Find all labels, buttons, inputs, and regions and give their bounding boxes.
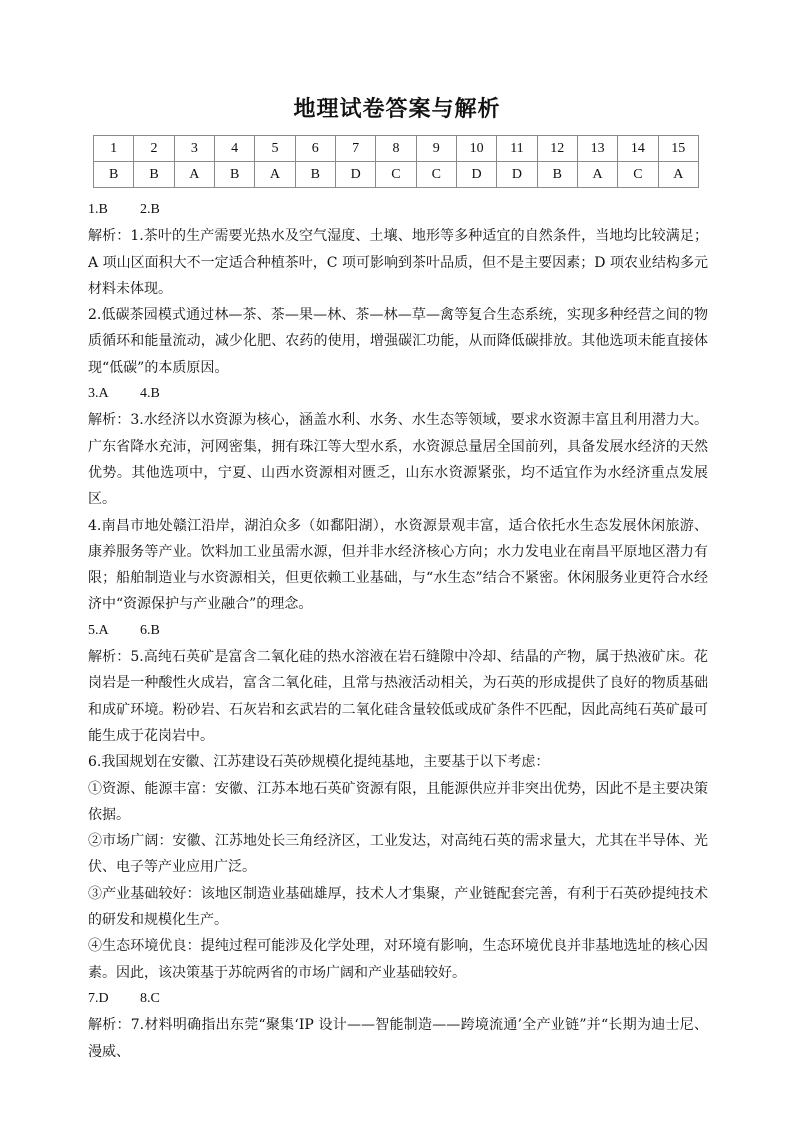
question-number: 5 <box>255 136 295 162</box>
explanation-paragraph: ①资源、能源丰富：安徽、江苏本地石英矿资源有限，且能源供应并非突出优势，因此不是… <box>88 776 708 829</box>
question-number: 6 <box>295 136 335 162</box>
explanation-paragraph: ②市场广阔：安徽、江苏地处长三角经济区，工业发达，对高纯石英的需求量大，尤其在半… <box>88 828 708 881</box>
answer-key: 5.A <box>88 618 140 644</box>
explanation-paragraph: ③产业基础较好：该地区制造业基础雄厚，技术人才集聚，产业链配套完善，有利于石英砂… <box>88 881 708 934</box>
question-number: 4 <box>214 136 254 162</box>
question-number: 3 <box>174 136 214 162</box>
page-title: 地理试卷答案与解析 <box>0 92 794 123</box>
question-number: 11 <box>497 136 537 162</box>
answer-cell: A <box>658 162 698 188</box>
answer-cell: A <box>174 162 214 188</box>
explanation-body: 1.B2.B 解析：1.茶叶的生产需要光热水及空气湿度、土壤、地形等多种适宜的自… <box>88 197 708 1065</box>
answer-cell: D <box>456 162 496 188</box>
explanation-paragraph: 解析：1.茶叶的生产需要光热水及空气湿度、土壤、地形等多种适宜的自然条件，当地均… <box>88 223 708 302</box>
answer-cell: B <box>94 162 134 188</box>
answer-cell: B <box>214 162 254 188</box>
answer-key-line: 5.A6.B <box>88 618 708 644</box>
explanation-paragraph: 2.低碳茶园模式通过林—茶、茶—果—林、茶—林—草—禽等复合生态系统，实现多种经… <box>88 302 708 381</box>
question-number: 1 <box>94 136 134 162</box>
answer-key-line: 3.A4.B <box>88 381 708 407</box>
answer-cell: C <box>376 162 416 188</box>
answer-cell: C <box>416 162 456 188</box>
answer-key: 6.B <box>140 618 160 644</box>
answer-cell: B <box>295 162 335 188</box>
answer-key: 3.A <box>88 381 140 407</box>
answer-cell: D <box>335 162 375 188</box>
answer-table: 1 2 3 4 5 6 7 8 9 10 11 12 13 14 15 B B … <box>93 135 699 188</box>
answer-key-line: 1.B2.B <box>88 197 708 223</box>
answer-cell: D <box>497 162 537 188</box>
answer-cell: A <box>255 162 295 188</box>
answer-key: 2.B <box>140 197 160 223</box>
explanation-paragraph: 解析：7.材料明确指出东莞“聚集‘IP 设计——智能制造——跨境流通’全产业链”… <box>88 1012 708 1065</box>
answer-table-answer-row: B B A B A B D C C D D B A C A <box>94 162 699 188</box>
answer-key: 7.D <box>88 986 140 1012</box>
answer-key: 1.B <box>88 197 140 223</box>
question-number: 10 <box>456 136 496 162</box>
explanation-paragraph: ④生态环境优良：提纯过程可能涉及化学处理，对环境有影响，生态环境优良并非基地选址… <box>88 933 708 986</box>
question-number: 9 <box>416 136 456 162</box>
answer-key-line: 7.D8.C <box>88 986 708 1012</box>
answer-cell: C <box>618 162 658 188</box>
question-number: 2 <box>134 136 174 162</box>
question-number: 15 <box>658 136 698 162</box>
document-page: 地理试卷答案与解析 1 2 3 4 5 6 7 8 9 10 11 12 13 … <box>0 0 794 1122</box>
question-number: 12 <box>537 136 577 162</box>
answer-key: 4.B <box>140 381 160 407</box>
question-number: 14 <box>618 136 658 162</box>
answer-table-number-row: 1 2 3 4 5 6 7 8 9 10 11 12 13 14 15 <box>94 136 699 162</box>
explanation-paragraph: 解析：5.高纯石英矿是富含二氧化硅的热水溶液在岩石缝隙中冷却、结晶的产物，属于热… <box>88 644 708 749</box>
explanation-paragraph: 解析：3.水经济以水资源为核心，涵盖水利、水务、水生态等领域，要求水资源丰富且利… <box>88 407 708 512</box>
explanation-paragraph: 6.我国规划在安徽、江苏建设石英砂规模化提纯基地，主要基于以下考虑： <box>88 749 708 775</box>
question-number: 7 <box>335 136 375 162</box>
question-number: 13 <box>577 136 617 162</box>
answer-cell: A <box>577 162 617 188</box>
question-number: 8 <box>376 136 416 162</box>
answer-cell: B <box>134 162 174 188</box>
explanation-paragraph: 4.南昌市地处赣江沿岸，湖泊众多（如鄱阳湖），水资源景观丰富，适合依托水生态发展… <box>88 513 708 618</box>
answer-key: 8.C <box>140 986 160 1012</box>
answer-cell: B <box>537 162 577 188</box>
